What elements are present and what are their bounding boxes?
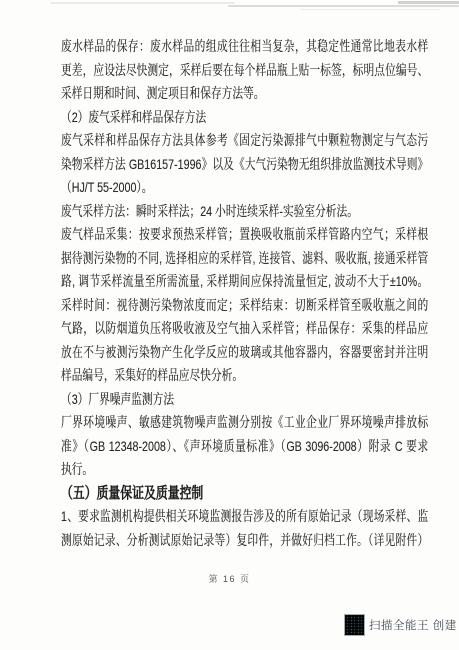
text-line: 废气采样和样品保存方法具体参考《固定污染源排气中颗粒物测定与气态污 [61,129,428,153]
text-line: 样品编号，采集好的样品应尽快分析。 [61,364,428,388]
text-line: 采样日期和时间、测定项目和保存方法等。 [61,82,428,106]
text-line: 更差，应设法尽快测定，采样后要在每个样品瓶上贴一标签，标明点位编号、 [61,59,428,83]
section-heading-line: （五）质量保证及质量控制 [61,482,428,506]
text-line: 采样时间：视待测污染物浓度而定；采样结束：切断采样管至吸收瓶之间的 [61,294,428,318]
scan-edge-artifact [398,1,459,4]
text-line: 废水样品的保存：废水样品的组成往往相当复杂，其稳定性通常比地表水样 [61,35,428,59]
text-line: 废气采样方法：瞬时采样法；24 小时连续采样-实验室分析法。 [61,200,428,224]
subsection-heading-line: （2）废气采样和样品保存方法 [61,106,428,130]
scanned-document-page: 废水样品的保存：废水样品的组成往往相当复杂，其稳定性通常比地表水样更差，应设法尽… [0,0,459,650]
text-line: 放在不与被测污染物产生化学反应的玻璃或其他容器内，容器要密封并注明 [61,341,428,365]
page-number: 第 16 页 [0,572,459,585]
text-line: 气路，以防烟道负压将吸收液及空气抽入采样管；样品保存：采集的样品应 [61,317,428,341]
text-line: 染物采样方法 GB16157-1996》以及《大气污染物无组织排放监测技术导则》 [61,153,428,177]
text-line: （HJ/T 55-2000）。 [61,176,428,200]
subsection-heading-line: （3）厂界噪声监测方法 [61,388,428,412]
text-line: 执行。 [61,458,428,482]
text-line: 准》（GB 12348-2008）、《声环境质量标准》（GB 3096-2008… [61,435,428,459]
scan-edge-artifact [228,5,459,7]
text-line: 路, 调节采样流量至所需流量, 采样期间应保持流量恒定, 波动不大于±10%。 [61,270,428,294]
text-line: 废气样品采集：按要求预热采样管；置换吸收瓶前采样管路内空气；采样根 [61,223,428,247]
text-line: 1、要求监测机构提供相关环境监测报告涉及的所有原始记录（现场采样、监 [61,505,428,529]
text-line: 厂界环境噪声、敏感建筑物噪声监测分别按《工业企业厂界环境噪声排放标 [61,411,428,435]
text-line: 据待测污染物的不同, 选择相应的采样管, 连接管、滤料、吸收瓶, 接通采样管 [61,247,428,271]
qr-code-icon [345,615,364,635]
scan-edge-artifact [300,9,440,10]
watermark-label: 扫描全能王 创建 [369,617,457,633]
scan-edge-artifact [50,2,235,4]
camscanner-watermark: 扫描全能王 创建 [345,615,457,635]
text-line: 测原始记录、分析测试原始记录等）复印件，并做好归档工作。（详见附件） [61,529,428,553]
document-body: 废水样品的保存：废水样品的组成往往相当复杂，其稳定性通常比地表水样更差，应设法尽… [61,35,459,552]
